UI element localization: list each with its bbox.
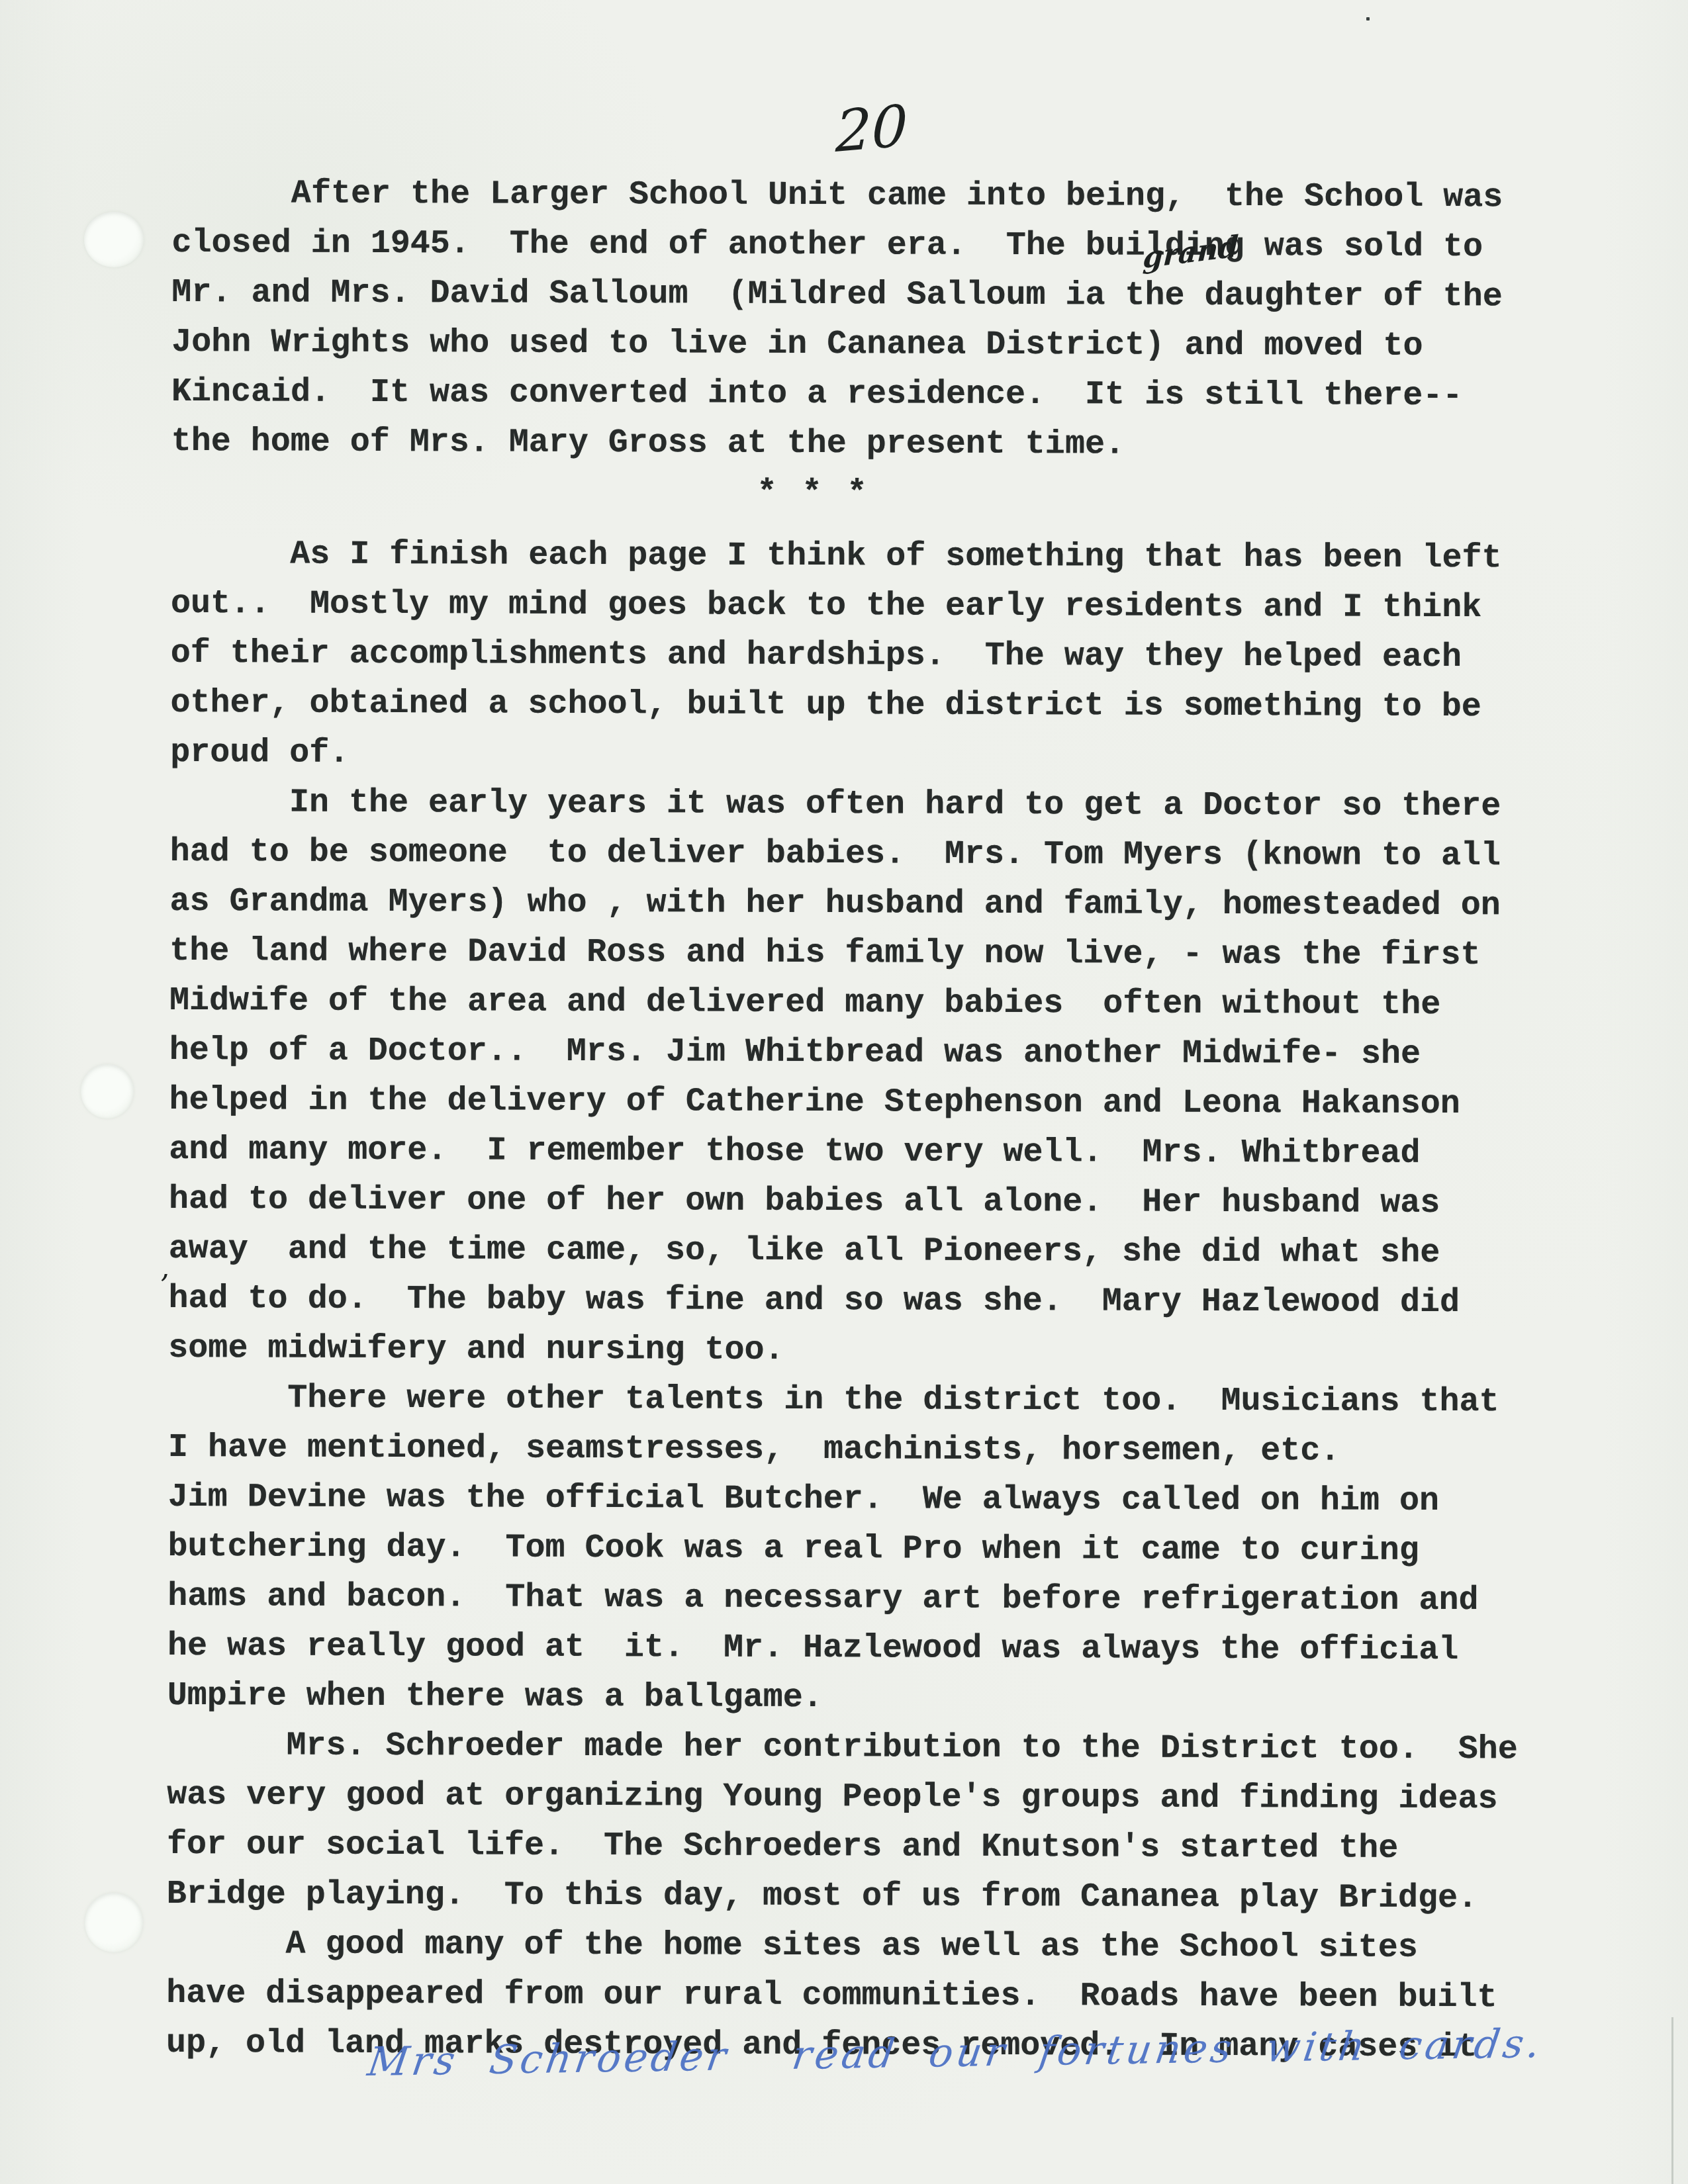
- typed-line: he was really good at it. Mr. Hazlewood …: [167, 1621, 1531, 1675]
- typed-line: the home of Mrs. Mary Gross at the prese…: [171, 417, 1535, 471]
- typed-line: the land where David Ross and his family…: [169, 927, 1533, 980]
- typed-line: had to do. The baby was fine and so was …: [169, 1274, 1532, 1328]
- typed-line: was very good at organizing Young People…: [167, 1770, 1530, 1824]
- typed-line: some midwifery and nursing too.: [168, 1324, 1532, 1377]
- typed-line: out.. Mostly my mind goes back to the ea…: [171, 579, 1534, 633]
- handwritten-page-number: 20: [835, 97, 908, 161]
- typed-line: Midwife of the area and delivered many b…: [169, 976, 1533, 1030]
- typed-line: hams and bacon. That was a necessary art…: [167, 1572, 1531, 1625]
- typed-line: have disappeared from our rural communit…: [166, 1969, 1530, 2023]
- separator-asterisks: * * *: [171, 467, 1534, 520]
- scanned-page: 20 After the Larger School Unit came int…: [0, 0, 1688, 2184]
- scan-speck: [1366, 17, 1370, 21]
- typed-line: for our social life. The Schroeders and …: [167, 1820, 1530, 1874]
- typed-line: away and the time came, so, like all Pio…: [169, 1224, 1532, 1278]
- typed-line: as Grandma Myers) who , with her husband…: [169, 877, 1533, 931]
- typed-line: of their accomplishments and hardships. …: [171, 629, 1534, 682]
- typed-line: had to deliver one of her own babies all…: [169, 1175, 1532, 1228]
- typed-line: There were other talents in the district…: [168, 1373, 1532, 1427]
- typed-line: In the early years it was often hard to …: [170, 778, 1534, 831]
- typed-text-block: After the Larger School Unit came into b…: [166, 169, 1536, 2072]
- typed-line: proud of.: [170, 728, 1534, 782]
- typed-line: closed in 1945. The end of another era. …: [172, 218, 1536, 272]
- typed-line: As I finish each page I think of somethi…: [171, 529, 1534, 583]
- typed-line: Mr. and Mrs. David Salloum (Mildred Sall…: [171, 268, 1535, 322]
- typed-line: and many more. I remember those two very…: [169, 1125, 1532, 1179]
- typed-line: had to be someone to deliver babies. Mrs…: [170, 827, 1534, 881]
- typed-line: Umpire when there was a ballgame.: [167, 1671, 1531, 1725]
- punch-hole-bottom: [85, 1893, 143, 1952]
- typed-line: Bridge playing. To this day, most of us …: [167, 1870, 1530, 1923]
- typed-line: After the Larger School Unit came into b…: [172, 169, 1536, 222]
- typed-line: A good many of the home sites as well as…: [166, 1919, 1530, 1973]
- typed-line: I have mentioned, seamstresses, machinis…: [168, 1423, 1532, 1477]
- handwritten-apostrophe-mark: ʼ: [159, 1272, 168, 1301]
- typed-line: butchering day. Tom Cook was a real Pro …: [167, 1522, 1531, 1576]
- typed-line: John Wrights who used to live in Cananea…: [171, 318, 1535, 371]
- typed-line: Mrs. Schroeder made her contribution to …: [167, 1721, 1530, 1774]
- typed-line: Kincaid. It was converted into a residen…: [171, 367, 1535, 421]
- typed-line: other, obtained a school, built up the d…: [170, 678, 1534, 732]
- typed-line: help of a Doctor.. Mrs. Jim Whitbread wa…: [169, 1026, 1533, 1079]
- typed-line: helped in the delivery of Catherine Step…: [169, 1075, 1532, 1129]
- typed-line: Jim Devine was the official Butcher. We …: [168, 1473, 1532, 1526]
- scan-edge-streak: [1671, 2017, 1673, 2184]
- punch-hole-middle: [81, 1064, 134, 1118]
- punch-hole-top: [84, 212, 144, 267]
